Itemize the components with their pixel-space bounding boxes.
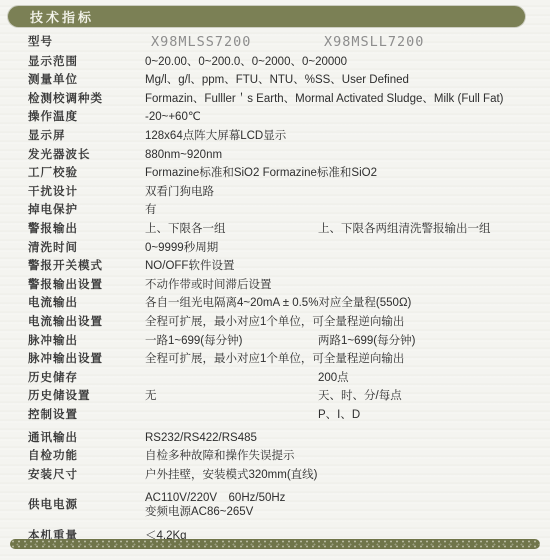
spec-row: 清洗时间0~9999秒周期	[0, 239, 550, 258]
spec-label: 警报输出	[28, 223, 145, 236]
spec-label: 通讯输出	[28, 432, 145, 445]
spec-value-col1: -20~+60℃	[145, 111, 544, 124]
spec-value-col1: 户外挂壁，安装模式320mm(直线)	[145, 469, 544, 482]
spec-label: 控制设置	[28, 409, 145, 422]
spec-row: 工厂校验Formazine标准和SiO2 Formazine标准和SiO2	[0, 165, 550, 184]
spec-label: 操作温度	[28, 111, 145, 124]
spec-value-multiline: AC110V/220V 60Hz/50Hz变频电源AC86~265V	[145, 492, 544, 519]
spec-value-col1: 0~20.00、0~200.0、0~2000、0~20000	[145, 56, 544, 69]
spec-value-col1: Formazin、Fulller＇s Earth、Mormal Activate…	[145, 93, 544, 106]
spec-row: 脉冲输出一路1~699(每分钟)两路1~699(每分钟)	[0, 332, 550, 351]
spec-row: 控制设置P、I、D	[0, 406, 550, 425]
spec-row: 历史储存200点	[0, 369, 550, 388]
section-header-bar: 技术指标	[8, 6, 525, 27]
spec-value-col2: P、I、D	[302, 409, 544, 422]
spec-row: 供电电源AC110V/220V 60Hz/50Hz变频电源AC86~265V	[0, 492, 550, 520]
spec-label: 安装尺寸	[28, 469, 145, 482]
spec-row: 警报输出上、下限各一组上、下限各两组清洗警报输出一组	[0, 220, 550, 239]
spec-label: 脉冲输出	[28, 335, 145, 348]
spec-row: 脉冲输出设置全程可扩展，最小对应1个单位，可全量程逆向输出	[0, 351, 550, 370]
spec-row: 自检功能自检多种故障和操作失误提示	[0, 447, 550, 466]
spec-value-col1: 128x64点阵大屏幕LCD显示	[145, 130, 544, 143]
spec-value-col1: X98MLSS7200	[145, 35, 318, 51]
spec-label: 脉冲输出设置	[28, 353, 145, 366]
spec-value-col2: 天、时、分/每点	[302, 390, 544, 403]
spec-label: 工厂校验	[28, 167, 145, 180]
spec-row: 电流输出各自一组光电隔离4~20mA ± 0.5%对应全量程(550Ω)	[0, 295, 550, 314]
spec-row: 发光器波长880nm~920nm	[0, 146, 550, 165]
spec-row: 历史储设置无天、时、分/每点	[0, 388, 550, 407]
spec-row: 型号X98MLSS7200X98MSLL7200	[0, 32, 550, 53]
spec-label: 显示范围	[28, 56, 145, 69]
spec-row: 测量单位Mg/l、g/l、ppm、FTU、NTU、%SS、User Define…	[0, 72, 550, 91]
spec-row: 安装尺寸户外挂壁，安装模式320mm(直线)	[0, 466, 550, 485]
spec-label: 警报输出设置	[28, 279, 145, 292]
section-title: 技术指标	[8, 7, 94, 26]
spec-row: 显示范围0~20.00、0~200.0、0~2000、0~20000	[0, 53, 550, 72]
spec-label: 电流输出设置	[28, 316, 145, 329]
spec-label: 显示屏	[28, 130, 145, 143]
spec-value-col1: 全程可扩展，最小对应1个单位，可全量程逆向输出	[145, 353, 544, 366]
spec-value-col1: NO/OFF软件设置	[145, 260, 544, 273]
spec-label: 掉电保护	[28, 204, 145, 217]
spec-value-col2: 两路1~699(每分钟)	[302, 335, 544, 348]
spec-value-col1: 0~9999秒周期	[145, 242, 544, 255]
spec-value-col1: 一路1~699(每分钟)	[145, 335, 302, 348]
spec-row: 干扰设计双看门狗电路	[0, 183, 550, 202]
spec-value-col2: 200点	[302, 372, 544, 385]
spec-row: 掉电保护有	[0, 202, 550, 221]
spec-row: 通讯输出RS232/RS422/RS485	[0, 429, 550, 448]
spec-table: 型号X98MLSS7200X98MSLL7200显示范围0~20.00、0~20…	[0, 32, 550, 546]
spec-label: 历史储设置	[28, 390, 145, 403]
spec-value-col1: 双看门狗电路	[145, 186, 544, 199]
spec-row: 操作温度-20~+60℃	[0, 109, 550, 128]
spec-label: 警报开关模式	[28, 260, 145, 273]
spec-row: 警报开关模式NO/OFF软件设置	[0, 258, 550, 277]
spec-row: 显示屏128x64点阵大屏幕LCD显示	[0, 127, 550, 146]
spec-value-col1: Formazine标准和SiO2 Formazine标准和SiO2	[145, 167, 544, 180]
spec-row: 电流输出设置全程可扩展，最小对应1个单位，可全量程逆向输出	[0, 313, 550, 332]
spec-row: 检测校调种类Formazin、Fulller＇s Earth、Mormal Ac…	[0, 90, 550, 109]
spec-value-col1: 各自一组光电隔离4~20mA ± 0.5%对应全量程(550Ω)	[145, 297, 544, 310]
spec-value-col2: 上、下限各两组清洗警报输出一组	[302, 223, 544, 236]
spec-value-line: AC110V/220V 60Hz/50Hz	[145, 492, 544, 505]
spec-label: 自检功能	[28, 450, 145, 463]
spec-value-col1: 有	[145, 204, 544, 217]
spec-label: 供电电源	[28, 499, 145, 512]
spec-label: 发光器波长	[28, 149, 145, 162]
spec-value-col1: Mg/l、g/l、ppm、FTU、NTU、%SS、User Defined	[145, 74, 544, 87]
bottom-divider-bar	[10, 539, 540, 549]
spec-label: 历史储存	[28, 372, 145, 385]
spec-value-col1: 自检多种故障和操作失误提示	[145, 450, 544, 463]
spec-value-col1: 880nm~920nm	[145, 149, 544, 162]
spec-value-col1: 无	[145, 390, 302, 403]
spec-value-col2: X98MSLL7200	[318, 35, 544, 51]
spec-label: 测量单位	[28, 74, 145, 87]
spec-value-col1: RS232/RS422/RS485	[145, 432, 544, 445]
spec-value-col1: 不动作带或时间滞后设置	[145, 279, 544, 292]
spec-label: 型号	[28, 36, 145, 49]
spec-label: 检测校调种类	[28, 93, 145, 106]
spec-value-line: 变频电源AC86~265V	[145, 506, 544, 519]
spec-value-col1: 全程可扩展，最小对应1个单位，可全量程逆向输出	[145, 316, 544, 329]
spec-value-col1: 上、下限各一组	[145, 223, 302, 236]
spec-label: 电流输出	[28, 297, 145, 310]
spec-label: 干扰设计	[28, 186, 145, 199]
spec-row: 警报输出设置不动作带或时间滞后设置	[0, 276, 550, 295]
spec-label: 清洗时间	[28, 242, 145, 255]
